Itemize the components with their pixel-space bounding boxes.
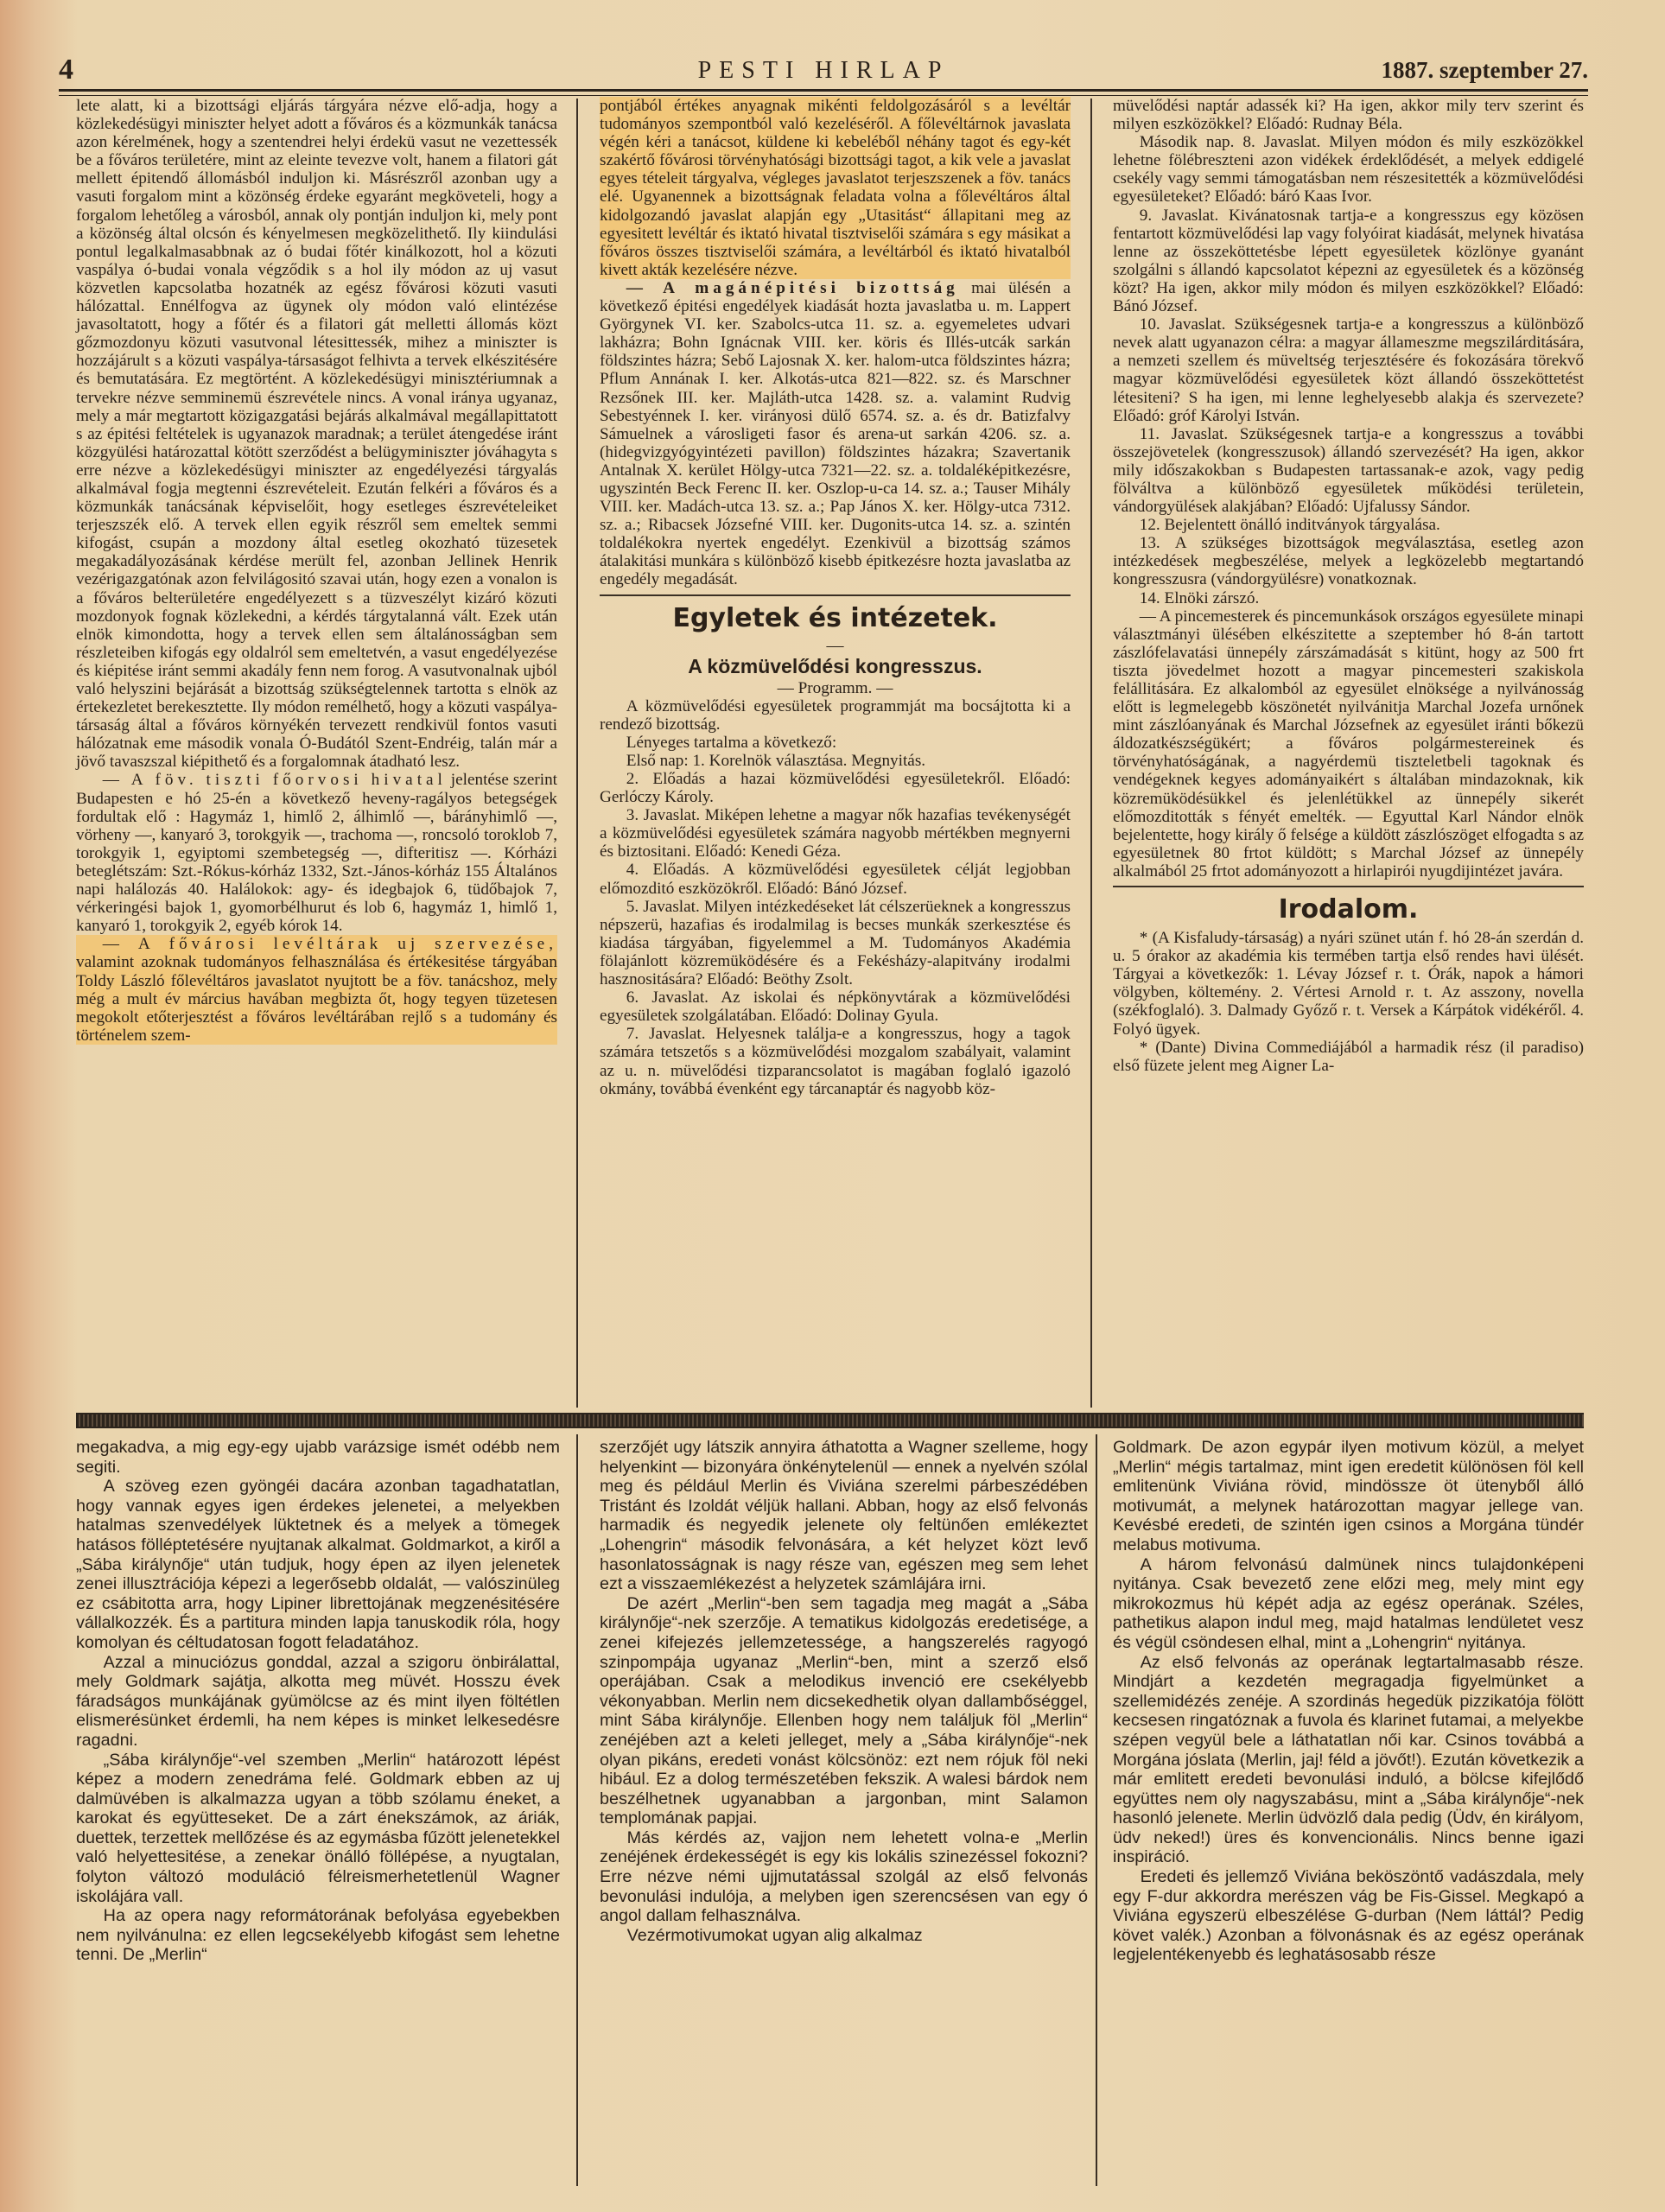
paragraph: — A pincemesterek és pincemunkások orszá…: [1113, 607, 1584, 880]
paragraph: Első nap: 1. Korelnök választása. Megnyi…: [600, 752, 1071, 770]
paragraph-text: Azzal a minuciózus gonddal, azzal a szig…: [76, 1653, 560, 1750]
masthead-rule: [59, 89, 1588, 96]
paragraph-text: Ha az opera nagy reformátorának befolyás…: [76, 1906, 560, 1964]
paragraph-text: Első nap: 1. Korelnök választása. Megnyi…: [626, 752, 925, 770]
column-1: lete alatt, ki a bizottsági eljárás tárg…: [76, 97, 557, 1045]
paragraph: Az első felvonás az operának legtartalma…: [1113, 1653, 1584, 1868]
paragraph-text: Második nap. 8. Javaslat. Milyen módon é…: [1113, 133, 1584, 206]
paragraph-text: 6. Javaslat. Az iskolai és népkönyvtárak…: [600, 988, 1071, 1025]
paragraph: 9. Javaslat. Kivánatosnak tartja-e a kon…: [1113, 207, 1584, 316]
section-title-egyletek: Egyletek és intézetek.: [600, 601, 1071, 636]
newspaper-page: 4 PESTI HIRLAP 1887. szeptember 27. lete…: [0, 0, 1665, 2212]
paragraph: 11. Javaslat. Szükségesnek tartja-e a ko…: [1113, 425, 1584, 516]
paragraph-text: 14. Elnöki zárszó.: [1140, 589, 1260, 607]
paragraph-text: Goldmark. De azon egypár ilyen motivum k…: [1113, 1438, 1584, 1554]
paragraph: megakadva, a mig egy-egy ujabb varázsige…: [76, 1438, 560, 1477]
paragraph-text: Az első felvonás az operának legtartalma…: [1113, 1653, 1584, 1867]
paragraph-text: szerzőjét ugy látszik annyira áthatotta …: [600, 1438, 1088, 1593]
paragraph-text: „Sába királynője“-vel szemben „Merlin“ h…: [76, 1751, 560, 1906]
paragraph: * (Dante) Divina Commediájából a harmadi…: [1113, 1039, 1584, 1075]
section-title-irodalom: Irodalom.: [1113, 893, 1584, 927]
column-3: müvelődési naptár adassék ki? Ha igen, a…: [1113, 97, 1584, 1075]
paragraph-text: De azért „Merlin“-ben sem tagadja meg ma…: [600, 1594, 1088, 1828]
paragraph-text: 9. Javaslat. Kivánatosnak tartja-e a kon…: [1113, 207, 1584, 315]
paragraph-text: — A pincemesterek és pincemunkások orszá…: [1113, 607, 1584, 880]
paragraph: 4. Előadás. A közmüvelődési egyesületek …: [600, 861, 1071, 897]
archive-article-continuation: pontjából értékes anyagnak mikénti feldo…: [600, 97, 1071, 279]
paragraph: * (A Kisfaludy-társaság) a nyári szünet …: [1113, 929, 1584, 1039]
paragraph-text: 12. Bejelentett önálló inditványok tárgy…: [1140, 516, 1440, 534]
paragraph: Goldmark. De azon egypár ilyen motivum k…: [1113, 1438, 1584, 1555]
issue-date: 1887. szeptember 27.: [1382, 57, 1588, 84]
paragraph: De azért „Merlin“-ben sem tagadja meg ma…: [600, 1594, 1088, 1828]
paragraph: 5. Javaslat. Milyen intézkedéseket lát c…: [600, 898, 1071, 988]
paragraph-text: Más kérdés az, vajjon nem lehetett volna…: [600, 1828, 1088, 1925]
paragraph: A három felvonású dalmünek nincs tulajdo…: [1113, 1555, 1584, 1653]
paragraph: Ha az opera nagy reformátorának befolyás…: [76, 1906, 560, 1965]
paragraph-text: Lényeges tartalma a következő:: [626, 734, 836, 752]
article-lead: — A föv. tiszti főorvosi hivatal: [103, 771, 447, 789]
paragraph: Eredeti és jellemző Viviána beköszöntő v…: [1113, 1867, 1584, 1965]
paragraph: lete alatt, ki a bizottsági eljárás tárg…: [76, 97, 557, 771]
feuilleton-column-2: szerzőjét ugy látszik annyira áthatotta …: [600, 1438, 1088, 1945]
article-lead: — A fővárosi levéltárak uj szervezése,: [103, 935, 557, 953]
paragraph-text: 11. Javaslat. Szükségesnek tartja-e a ko…: [1113, 425, 1584, 516]
paragraph-text: 5. Javaslat. Milyen intézkedéseket lát c…: [600, 898, 1071, 988]
paragraph: — A föv. tiszti főorvosi hivatal jelenté…: [76, 771, 557, 935]
article-subtitle-programm: — Programm. —: [600, 679, 1071, 697]
paragraph-text: A szöveg ezen gyöngéi dacára azonban tag…: [76, 1477, 560, 1652]
paragraph: 13. A szükséges bizottságok megválasztás…: [1113, 534, 1584, 588]
paragraph: A szöveg ezen gyöngéi dacára azonban tag…: [76, 1477, 560, 1652]
paragraph-text: 7. Javaslat. Helyesnek találja-e a kongr…: [600, 1025, 1071, 1097]
paragraph: 12. Bejelentett önálló inditványok tárgy…: [1113, 516, 1584, 534]
feuilleton-divider: [76, 1413, 1584, 1428]
masthead: 4 PESTI HIRLAP 1887. szeptember 27.: [59, 54, 1588, 88]
private-construction-committee-article: — A magánépitési bizottság mai ülésén a …: [600, 279, 1071, 589]
paragraph: 10. Javaslat. Szükségesnek tartja-e a ko…: [1113, 315, 1584, 425]
paragraph: Lényeges tartalma a következő:: [600, 734, 1071, 752]
paragraph-text: megakadva, a mig egy-egy ujabb varázsige…: [76, 1438, 560, 1477]
paragraph: 7. Javaslat. Helyesnek találja-e a kongr…: [600, 1025, 1071, 1097]
feuilleton-column-3: Goldmark. De azon egypár ilyen motivum k…: [1113, 1438, 1584, 1965]
paragraph: 2. Előadás a hazai közmüvelődési egyesül…: [600, 770, 1071, 806]
paragraph-text: müvelődési naptár adassék ki? Ha igen, a…: [1113, 97, 1584, 133]
paragraph-text: A közmüvelődési egyesületek programmját …: [600, 697, 1071, 734]
paragraph: A közmüvelődési egyesületek programmját …: [600, 697, 1071, 734]
paragraph: „Sába királynője“-vel szemben „Merlin“ h…: [76, 1751, 560, 1907]
paragraph-text: jelentése szerint Budapesten e hó 25-én …: [76, 771, 557, 935]
paragraph-text: 4. Előadás. A közmüvelődési egyesületek …: [600, 861, 1071, 897]
paragraph-text: * (A Kisfaludy-társaság) a nyári szünet …: [1113, 929, 1584, 1038]
paragraph: 3. Javaslat. Miképen lehetne a magyar nő…: [600, 806, 1071, 861]
paragraph-text: lete alatt, ki a bizottsági eljárás tárg…: [76, 97, 557, 771]
column-2: pontjából értékes anyagnak mikénti feldo…: [600, 97, 1071, 1098]
separator-dash: —: [600, 638, 1071, 653]
section-rule: [1113, 886, 1584, 887]
paragraph-text: Vezérmotivumokat ugyan alig alkalmaz: [627, 1926, 923, 1945]
column-divider: [1096, 1434, 1097, 2186]
paragraph: 6. Javaslat. Az iskolai és népkönyvtárak…: [600, 988, 1071, 1025]
paragraph-text: 3. Javaslat. Miképen lehetne a magyar nő…: [600, 806, 1071, 861]
feuilleton-column-1: megakadva, a mig egy-egy ujabb varázsige…: [76, 1438, 560, 1965]
paragraph-text: 13. A szükséges bizottságok megválasztás…: [1113, 534, 1584, 588]
paragraph: 14. Elnöki zárszó.: [1113, 589, 1584, 607]
paragraph: — A fővárosi levéltárak uj szervezése, v…: [76, 935, 557, 1045]
paragraph: müvelődési naptár adassék ki? Ha igen, a…: [1113, 97, 1584, 133]
paragraph-text: A három felvonású dalmünek nincs tulajdo…: [1113, 1555, 1584, 1652]
paragraph: Más kérdés az, vajjon nem lehetett volna…: [600, 1828, 1088, 1926]
paragraph: Azzal a minuciózus gonddal, azzal a szig…: [76, 1653, 560, 1751]
paragraph-text: 2. Előadás a hazai közmüvelődési egyesül…: [600, 770, 1071, 806]
paragraph-text: Eredeti és jellemző Viviána beköszöntő v…: [1113, 1867, 1584, 1964]
paragraph: Második nap. 8. Javaslat. Milyen módon é…: [1113, 133, 1584, 206]
paragraph-text: valamint azoknak tudományos felhasználás…: [76, 953, 557, 1044]
column-divider: [1090, 99, 1092, 1408]
column-divider: [576, 99, 578, 1408]
column-divider: [576, 1434, 578, 2186]
article-title-kongresszus: A közmüvelődési kongresszus.: [600, 653, 1071, 679]
paragraph: Vezérmotivumokat ugyan alig alkalmaz: [600, 1926, 1088, 1946]
paragraph-text: * (Dante) Divina Commediájából a harmadi…: [1113, 1039, 1584, 1075]
newspaper-title: PESTI HIRLAP: [59, 57, 1588, 85]
section-rule: [600, 594, 1071, 596]
paragraph-text: 10. Javaslat. Szükségesnek tartja-e a ko…: [1113, 315, 1584, 424]
paragraph: szerzőjét ugy látszik annyira áthatotta …: [600, 1438, 1088, 1594]
